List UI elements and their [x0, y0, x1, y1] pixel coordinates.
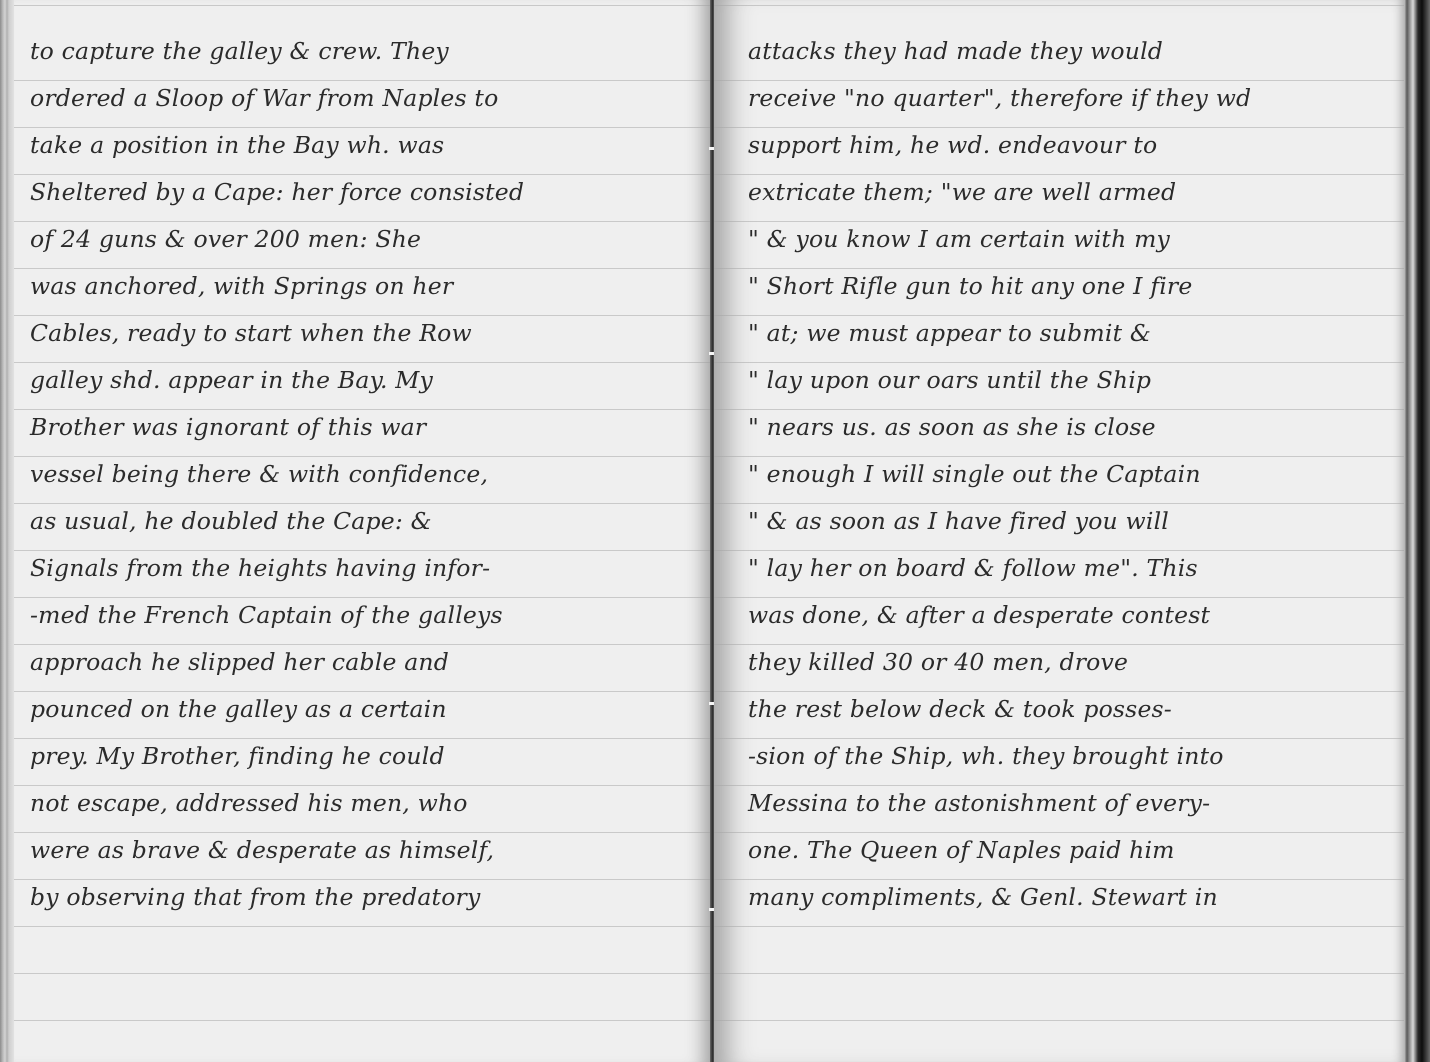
handwritten-line: as usual, he doubled the Cape: & — [30, 498, 700, 545]
handwritten-line: " lay her on board & follow me". This — [748, 545, 1398, 592]
handwritten-line: not escape, addressed his men, who — [30, 780, 700, 827]
left-page-text: to capture the galley & crew. Theyordere… — [30, 28, 700, 921]
handwritten-line: prey. My Brother, finding he could — [30, 733, 700, 780]
handwritten-line: galley shd. appear in the Bay. My — [30, 357, 700, 404]
handwritten-line: Messina to the astonishment of every- — [748, 780, 1398, 827]
handwritten-line: -med the French Captain of the galleys — [30, 592, 700, 639]
handwritten-line: the rest below deck & took posses- — [748, 686, 1398, 733]
handwritten-line: one. The Queen of Naples paid him — [748, 827, 1398, 874]
handwritten-line: ordered a Sloop of War from Naples to — [30, 75, 700, 122]
handwritten-line: of 24 guns & over 200 men: She — [30, 216, 700, 263]
handwritten-line: Brother was ignorant of this war — [30, 404, 700, 451]
notebook-spread: to capture the galley & crew. Theyordere… — [0, 0, 1430, 1062]
handwritten-line: take a position in the Bay wh. was — [30, 122, 700, 169]
page-edge-right — [1404, 0, 1430, 1062]
page-edge-left — [0, 0, 14, 1062]
handwritten-line: -sion of the Ship, wh. they brought into — [748, 733, 1398, 780]
handwritten-line: was done, & after a desperate contest — [748, 592, 1398, 639]
right-page-text: attacks they had made they wouldreceive … — [748, 28, 1398, 921]
handwritten-line: " nears us. as soon as she is close — [748, 404, 1398, 451]
handwritten-line: they killed 30 or 40 men, drove — [748, 639, 1398, 686]
handwritten-line: receive "no quarter", therefore if they … — [748, 75, 1398, 122]
left-page: to capture the galley & crew. Theyordere… — [0, 0, 712, 1062]
handwritten-line: were as brave & desperate as himself, — [30, 827, 700, 874]
right-page: attacks they had made they wouldreceive … — [714, 0, 1404, 1062]
handwritten-line: extricate them; "we are well armed — [748, 169, 1398, 216]
handwritten-line: approach he slipped her cable and — [30, 639, 700, 686]
handwritten-line: Cables, ready to start when the Row — [30, 310, 700, 357]
handwritten-line: was anchored, with Springs on her — [30, 263, 700, 310]
handwritten-line: " Short Rifle gun to hit any one I fire — [748, 263, 1398, 310]
handwritten-line: " & you know I am certain with my — [748, 216, 1398, 263]
handwritten-line: " at; we must appear to submit & — [748, 310, 1398, 357]
handwritten-line: " & as soon as I have fired you will — [748, 498, 1398, 545]
handwritten-line: attacks they had made they would — [748, 28, 1398, 75]
handwritten-line: " lay upon our oars until the Ship — [748, 357, 1398, 404]
handwritten-line: vessel being there & with confidence, — [30, 451, 700, 498]
handwritten-line: by observing that from the predatory — [30, 874, 700, 921]
handwritten-line: to capture the galley & crew. They — [30, 28, 700, 75]
handwritten-line: " enough I will single out the Captain — [748, 451, 1398, 498]
handwritten-line: pounced on the galley as a certain — [30, 686, 700, 733]
handwritten-line: Sheltered by a Cape: her force consisted — [30, 169, 700, 216]
handwritten-line: many compliments, & Genl. Stewart in — [748, 874, 1398, 921]
handwritten-line: Signals from the heights having infor- — [30, 545, 700, 592]
handwritten-line: support him, he wd. endeavour to — [748, 122, 1398, 169]
